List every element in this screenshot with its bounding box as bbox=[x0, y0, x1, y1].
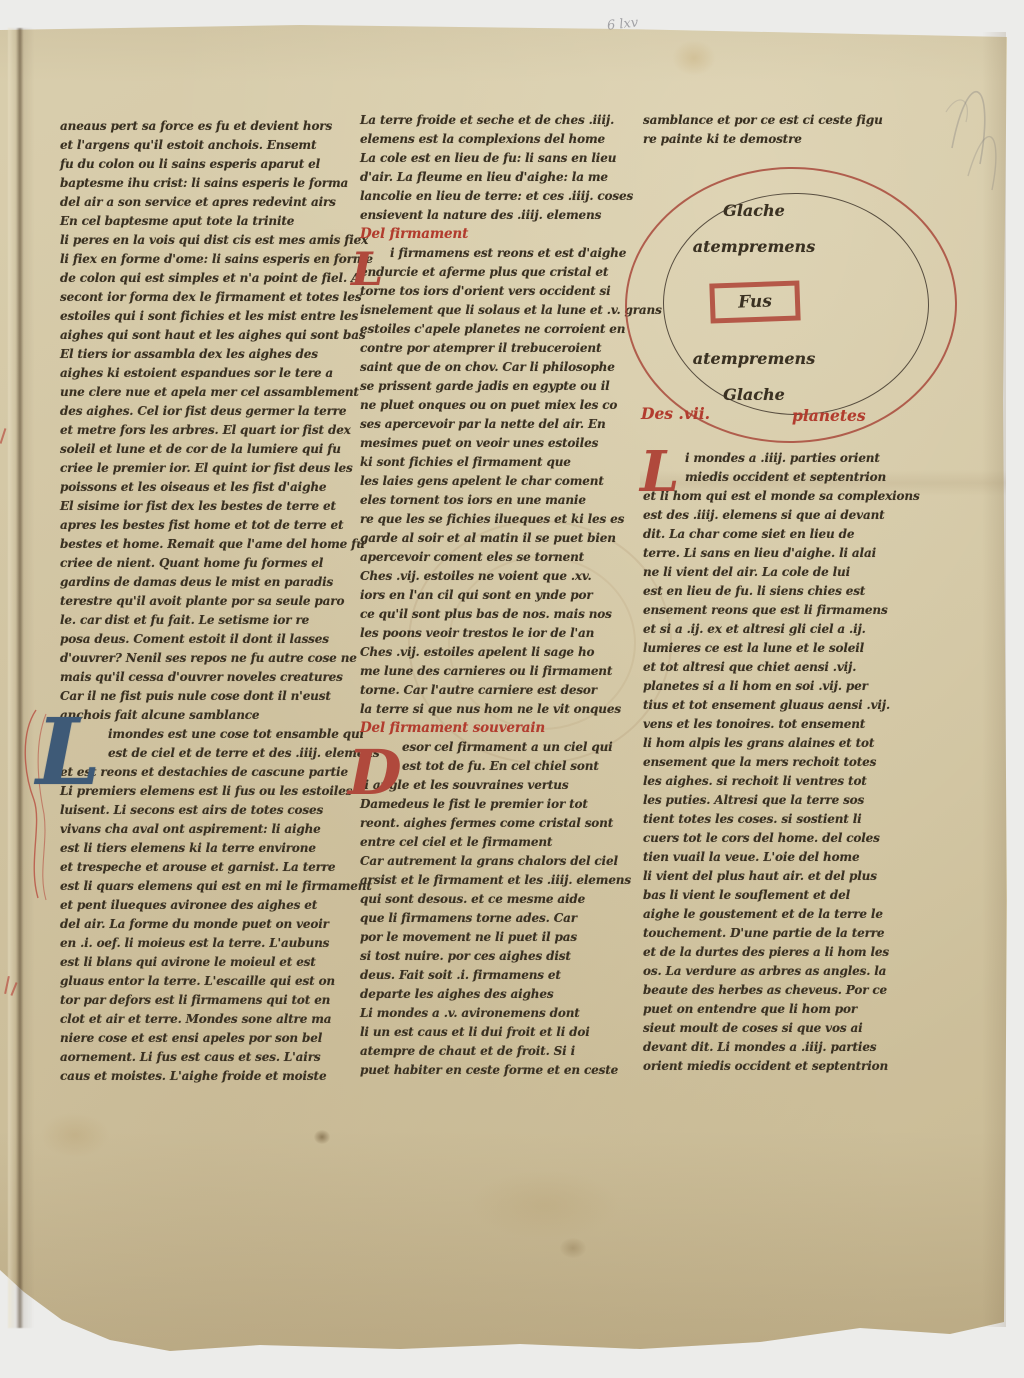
diagram-label-glache-top: Glache bbox=[625, 201, 883, 220]
manuscript-line: caus et moistes. L'aighe froide et moist… bbox=[60, 1067, 362, 1086]
manuscript-line: li hom alpis les grans alaines et tot bbox=[643, 734, 963, 753]
manuscript-line: tor par defors est li firmamens qui tot … bbox=[60, 991, 362, 1010]
text-column-1: aneaus pert sa force es fu et devient ho… bbox=[60, 117, 362, 1086]
manuscript-line: de colon qui est simples et n'a point de… bbox=[60, 269, 362, 288]
manuscript-line: devant dit. Li mondes a .iiij. parties bbox=[643, 1038, 963, 1057]
manuscript-line: anchois fait alcune samblance bbox=[60, 706, 362, 725]
initial-D-red-col2: D bbox=[348, 742, 402, 804]
manuscript-line: se prissent garde jadis en egypte ou il bbox=[360, 377, 662, 396]
manuscript-line: aornement. Li fus est caus et ses. L'air… bbox=[60, 1048, 362, 1067]
text-column-2: La terre froide et seche et de ches .iii… bbox=[360, 111, 662, 1080]
manuscript-line: Damedeus le fist le premier ior tot bbox=[360, 795, 662, 814]
diagram-label-glache-bottom: Glache bbox=[625, 385, 883, 404]
initial-L-blue: L bbox=[36, 706, 101, 798]
manuscript-line: apercevoir coment eles se tornent bbox=[360, 548, 662, 567]
manuscript-line: El sisime ior fist dex les bestes de ter… bbox=[60, 497, 362, 516]
manuscript-line: os. La verdure as arbres as angles. la bbox=[643, 962, 963, 981]
manuscript-line: cuers tot le cors del home. del coles bbox=[643, 829, 963, 848]
manuscript-line: niere cose et est ensi apeles por son be… bbox=[60, 1029, 362, 1048]
manuscript-line: Car il ne fist puis nule cose dont il n'… bbox=[60, 687, 362, 706]
manuscript-line: arsist et le firmament et les .iiij. ele… bbox=[360, 871, 662, 890]
manuscript-line: ensievent la nature des .iiij. elemens bbox=[360, 206, 662, 225]
manuscript-line: elemens est la complexions del home bbox=[360, 130, 662, 149]
manuscript-line: aighes ki estoient espandues sor le tere… bbox=[60, 364, 362, 383]
diagram-label-fus: Fus bbox=[738, 291, 772, 312]
diagram-label-atempremens-top: atempremens bbox=[625, 237, 883, 256]
manuscript-line: sieut moult de coses si que vos ai bbox=[643, 1019, 963, 1038]
manuscript-line: esor cel firmament a un ciel qui bbox=[360, 738, 662, 757]
manuscript-line: tient totes les coses. si sostient li bbox=[643, 810, 963, 829]
manuscript-line: li un est caus et li dui froit et li doi bbox=[360, 1023, 662, 1042]
manuscript-line: deus. Fait soit .i. firmamens et bbox=[360, 966, 662, 985]
manuscript-line: re painte ki te demostre bbox=[643, 130, 963, 149]
manuscript-line: et metre fors les arbres. El quart ior f… bbox=[60, 421, 362, 440]
manuscript-line: ki sont fichies el firmament que bbox=[360, 453, 662, 472]
manuscript-line: re que les se fichies ilueques et ki les… bbox=[360, 510, 662, 529]
manuscript-line: departe les aighes des aighes bbox=[360, 985, 662, 1004]
gutter-crease bbox=[8, 28, 34, 1328]
manuscript-line: ne pluet onques ou on puet miex les co bbox=[360, 396, 662, 415]
manuscript-line: tien vuail la veue. L'oie del home bbox=[643, 848, 963, 867]
manuscript-line: aighe le goustement et de la terre le bbox=[643, 905, 963, 924]
manuscript-line: et tot altresi que chiet aensi .vij. bbox=[643, 658, 963, 677]
manuscript-line: les puties. Altresi que la terre sos bbox=[643, 791, 963, 810]
manuscript-line: la terre si que nus hom ne le vit onques bbox=[360, 700, 662, 719]
manuscript-line: iors en l'an cil qui sont en ynde por bbox=[360, 586, 662, 605]
manuscript-line: li peres en la vois qui dist cis est mes… bbox=[60, 231, 362, 250]
manuscript-line: les poons veoir trestos le ior de l'an bbox=[360, 624, 662, 643]
manuscript-line: torne. Car l'autre carniere est desor bbox=[360, 681, 662, 700]
manuscript-line: torne tos iors d'orient vers occident si bbox=[360, 282, 662, 301]
manuscript-line: est de ciel et de terre et des .iiij. el… bbox=[60, 744, 362, 763]
manuscript-line: por le movement ne li puet il pas bbox=[360, 928, 662, 947]
manuscript-line: et est reons et destachies de cascune pa… bbox=[60, 763, 362, 782]
manuscript-line: endurcie et aferme plus que cristal et bbox=[360, 263, 662, 282]
manuscript-line: isnelement que li solaus et la lune et .… bbox=[360, 301, 662, 320]
manuscript-line: d'ouvrer? Nenil ses repos ne fu autre co… bbox=[60, 649, 362, 668]
manuscript-line: bas li vient le souflement et del bbox=[643, 886, 963, 905]
manuscript-line: criee de nient. Quant home fu formes el bbox=[60, 554, 362, 573]
manuscript-line: terestre qu'il avoit plante por sa seule… bbox=[60, 592, 362, 611]
manuscript-line: eles tornent tos iors en une manie bbox=[360, 491, 662, 510]
manuscript-line: Del firmament bbox=[360, 225, 662, 244]
manuscript-line: est en lieu de fu. li siens chies est bbox=[643, 582, 963, 601]
manuscript-line: d'air. La fleume en lieu d'aighe: la me bbox=[360, 168, 662, 187]
manuscript-line: et pent ilueques avironee des aighes et bbox=[60, 896, 362, 915]
manuscript-line: beaute des herbes as cheveus. Por ce bbox=[643, 981, 963, 1000]
manuscript-line: Ches .vij. estoiles apelent li sage ho bbox=[360, 643, 662, 662]
manuscript-line: soleil et lune et de cor de la lumiere q… bbox=[60, 440, 362, 459]
manuscript-line: criee le premier ior. El quint ior fist … bbox=[60, 459, 362, 478]
manuscript-line: estoiles qui i sont fichies et les mist … bbox=[60, 307, 362, 326]
manuscript-line: touchement. D'une partie de la terre bbox=[643, 924, 963, 943]
manuscript-line: Del firmament souverain bbox=[360, 719, 662, 738]
text-column-3-top: samblance et por ce est ci ceste figure … bbox=[643, 111, 963, 149]
manuscript-line: atempre de chaut et de froit. Si i bbox=[360, 1042, 662, 1061]
manuscript-line: que li firmamens torne ades. Car bbox=[360, 909, 662, 928]
manuscript-line: En cel baptesme aput tote la trinite bbox=[60, 212, 362, 231]
manuscript-photo: 6 lxv aneaus pert sa force es fu et devi… bbox=[0, 0, 1024, 1378]
manuscript-line: li fiex en forme d'ome: li sains esperis… bbox=[60, 250, 362, 269]
manuscript-line: est li quars elemens qui est en mi le fi… bbox=[60, 877, 362, 896]
manuscript-line: apres les bestes fist home et tot de ter… bbox=[60, 516, 362, 535]
manuscript-line: dit. La char come siet en lieu de bbox=[643, 525, 963, 544]
manuscript-line: li angle et les souvraines vertus bbox=[360, 776, 662, 795]
manuscript-line: en .i. oef. li moieus est la terre. L'au… bbox=[60, 934, 362, 953]
manuscript-line: del air a son service et apres redevint … bbox=[60, 193, 362, 212]
manuscript-line: entre cel ciel et le firmament bbox=[360, 833, 662, 852]
manuscript-line: baptesme ihu crist: li sains esperis le … bbox=[60, 174, 362, 193]
manuscript-line: luisent. Li secons est airs de totes cos… bbox=[60, 801, 362, 820]
manuscript-line: planetes si a li hom en soi .vij. per bbox=[643, 677, 963, 696]
manuscript-line: ensement reons que est li firmamens bbox=[643, 601, 963, 620]
manuscript-line: et si a .ij. ex et altresi gli ciel a .i… bbox=[643, 620, 963, 639]
manuscript-line: tius et tot ensement gluaus aensi .vij. bbox=[643, 696, 963, 715]
manuscript-line: Car autrement la grans chalors del ciel bbox=[360, 852, 662, 871]
manuscript-line: est li tiers elemens ki la terre environ… bbox=[60, 839, 362, 858]
manuscript-line: garde al soir et al matin il se puet bie… bbox=[360, 529, 662, 548]
manuscript-line: et trespeche et arouse et garnist. La te… bbox=[60, 858, 362, 877]
manuscript-line: des aighes. Cel ior fist deus germer la … bbox=[60, 402, 362, 421]
manuscript-line: ses apercevoir par la nette del air. En bbox=[360, 415, 662, 434]
manuscript-line: lumieres ce est la lune et le soleil bbox=[643, 639, 963, 658]
manuscript-line: imondes est une cose tot ensamble qui bbox=[60, 725, 362, 744]
manuscript-line: puet habiter en ceste forme et en ceste bbox=[360, 1061, 662, 1080]
cosmology-diagram: Glache atempremens Fus atempremens Glach… bbox=[625, 167, 957, 443]
manuscript-line: La terre froide et seche et de ches .iii… bbox=[360, 111, 662, 130]
manuscript-line: reont. aighes fermes come cristal sont bbox=[360, 814, 662, 833]
initial-L-red-col3: L bbox=[640, 444, 679, 500]
manuscript-line: secont ior forma dex le firmament et tot… bbox=[60, 288, 362, 307]
manuscript-line: fu du colon ou li sains esperis aparut e… bbox=[60, 155, 362, 174]
manuscript-line: saint que de on chov. Car li philosophe bbox=[360, 358, 662, 377]
manuscript-line: vens et les tonoires. tot ensement bbox=[643, 715, 963, 734]
manuscript-line: poissons et les oiseaus et les fist d'ai… bbox=[60, 478, 362, 497]
manuscript-line: contre por atemprer il trebuceroient bbox=[360, 339, 662, 358]
manuscript-line: puet on entendre que li hom por bbox=[643, 1000, 963, 1019]
manuscript-line: aneaus pert sa force es fu et devient ho… bbox=[60, 117, 362, 136]
manuscript-line: li vient del plus haut air. et del plus bbox=[643, 867, 963, 886]
manuscript-line: i firmamens est reons et est d'aighe bbox=[360, 244, 662, 263]
manuscript-line: ne li vient del air. La cole de lui bbox=[643, 563, 963, 582]
manuscript-line: ce qu'il sont plus bas de nos. mais nos bbox=[360, 605, 662, 624]
manuscript-line: samblance et por ce est ci ceste figu bbox=[643, 111, 963, 130]
manuscript-line: me lune des carnieres ou li firmament bbox=[360, 662, 662, 681]
manuscript-line: Ches .vij. estoiles ne voient que .xv. bbox=[360, 567, 662, 586]
manuscript-line: Li mondes a .v. avironemens dont bbox=[360, 1004, 662, 1023]
manuscript-line: les aighes. si rechoit li ventres tot bbox=[643, 772, 963, 791]
manuscript-line: i mondes a .iiij. parties orient bbox=[643, 449, 963, 468]
rubric-des-vii: Des .vii. bbox=[641, 404, 710, 423]
manuscript-line: del air. La forme du monde puet on veoir bbox=[60, 915, 362, 934]
manuscript-line: et li hom qui est el monde sa complexion… bbox=[643, 487, 963, 506]
manuscript-line: vivans cha aval ont aspirement: li aighe bbox=[60, 820, 362, 839]
manuscript-line: les laies gens apelent le char coment bbox=[360, 472, 662, 491]
manuscript-line: miedis occident et septentrion bbox=[643, 468, 963, 487]
manuscript-line: gardins de damas deus le mist en paradis bbox=[60, 573, 362, 592]
manuscript-line: est tot de fu. En cel chiel sont bbox=[360, 757, 662, 776]
manuscript-line: mesimes puet on veoir unes estoiles bbox=[360, 434, 662, 453]
manuscript-line: est li blans qui avirone le moieul et es… bbox=[60, 953, 362, 972]
manuscript-line: estoiles c'apele planetes ne corroient e… bbox=[360, 320, 662, 339]
manuscript-line: orient miedis occident et septentrion bbox=[643, 1057, 963, 1076]
manuscript-line: bestes et home. Remait que l'ame del hom… bbox=[60, 535, 362, 554]
manuscript-line: aighes qui sont haut et les aighes qui s… bbox=[60, 326, 362, 345]
manuscript-line: posa deus. Coment estoit il dont il lass… bbox=[60, 630, 362, 649]
text-column-3-body: i mondes a .iiij. parties orientmiedis o… bbox=[643, 449, 963, 1076]
manuscript-line: et de la durtes des pieres a li hom les bbox=[643, 943, 963, 962]
manuscript-line: mais qu'il cessa d'ouvrer noveles creatu… bbox=[60, 668, 362, 687]
manuscript-line: et l'argens qu'il estoit anchois. Ensemt bbox=[60, 136, 362, 155]
diagram-fus-box: Fus bbox=[709, 280, 800, 323]
rubric-planetes: planetes bbox=[792, 406, 866, 425]
manuscript-line: terre. Li sans en lieu d'aighe. li alai bbox=[643, 544, 963, 563]
diagram-label-atempremens-bottom: atempremens bbox=[625, 349, 883, 368]
manuscript-line: une clere nue et apela mer cel assamblem… bbox=[60, 383, 362, 402]
initial-L-red-col2: L bbox=[351, 246, 383, 292]
manuscript-line: est des .iiij. elemens si que ai devant bbox=[643, 506, 963, 525]
manuscript-line: El tiers ior assambla dex les aighes des bbox=[60, 345, 362, 364]
manuscript-line: Li premiers elemens est li fus ou les es… bbox=[60, 782, 362, 801]
manuscript-line: lancolie en lieu de terre: et ces .iiij.… bbox=[360, 187, 662, 206]
manuscript-line: le. car dist et fu fait. Le setisme ior … bbox=[60, 611, 362, 630]
manuscript-line: gluaus entor la terre. L'escaille qui es… bbox=[60, 972, 362, 991]
manuscript-line: clot et air et terre. Mondes sone altre … bbox=[60, 1010, 362, 1029]
manuscript-line: La cole est en lieu de fu: li sans en li… bbox=[360, 149, 662, 168]
manuscript-line: si tost nuire. por ces aighes dist bbox=[360, 947, 662, 966]
manuscript-line: ensement que la mers rechoit totes bbox=[643, 753, 963, 772]
manuscript-line: qui sont desous. et ce mesme aide bbox=[360, 890, 662, 909]
